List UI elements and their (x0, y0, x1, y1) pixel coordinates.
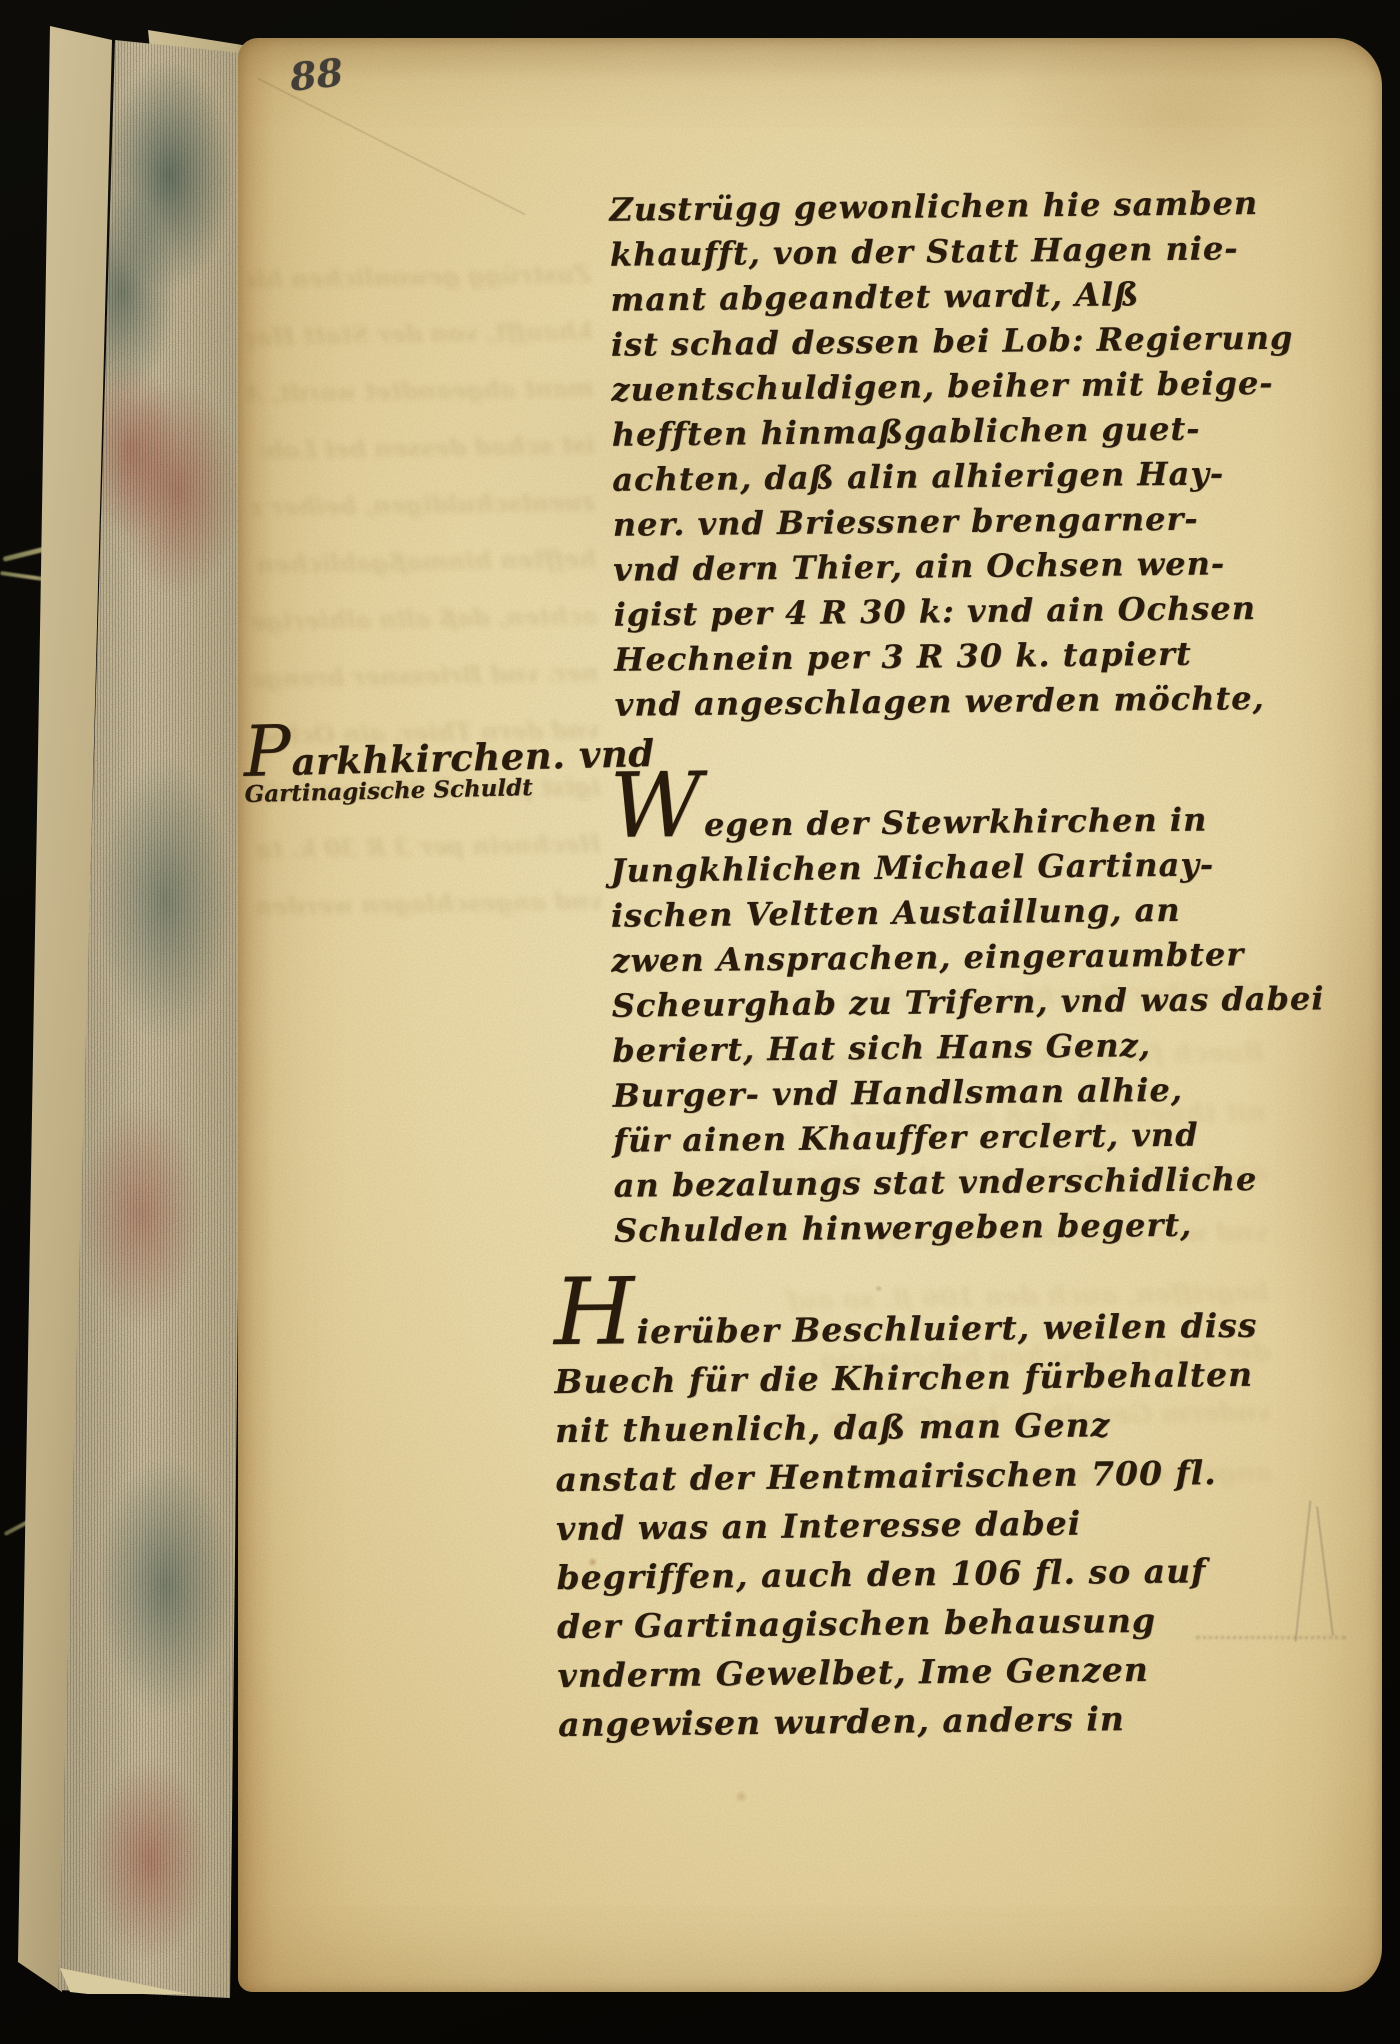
manuscript-text-line: ist schad dessen bei Lob: Regierung (249, 416, 595, 479)
paragraph-entry-3: Hierüber Beschluiert, weilen dissBuech f… (554, 1300, 1339, 1749)
manuscript-text-line: khaufft, von der Statt Hagen nie- (247, 302, 593, 365)
manuscript-text-line: achten, daß alin alhierigen Hay- (612, 450, 1332, 503)
manuscript-text-line: achten, daß alin alhierigen Hay- (252, 587, 598, 650)
manuscript-text-line: begriffen, auch den 106 fl. so auf (556, 1545, 1336, 1602)
manuscript-text-line: Scheurghab zu Trifern, vnd was dabei (612, 976, 1332, 1029)
paragraph-entry-1: Zustrügg gewonlichen hie sambenkhaufft, … (609, 180, 1335, 728)
manuscript-text-line: der Gartinagischen behausung (557, 1594, 1337, 1651)
manuscript-text-line: zuentschuldigen, beiher mit beige- (250, 473, 596, 536)
manuscript-text-line: zuentschuldigen, beiher mit beige- (611, 360, 1331, 413)
manuscript-text-line: Jungkhlichen Michael Gartinay- (610, 841, 1330, 894)
manuscript-text-line: vnd dern Thier, ain Ochsen wen- (613, 540, 1333, 593)
paragraph-entry-2: Wegen der Stewrkhirchen inJungkhlichen M… (610, 796, 1335, 1254)
manuscript-text-line: Hechnein per 3 R 30 k. tapiert (614, 630, 1334, 683)
manuscript-text-line: mant abgeandtet wardt, Alß (610, 270, 1330, 323)
folio-number: 88 (288, 49, 345, 99)
manuscript-text-line: anstat der Hentmairischen 700 fl. (555, 1447, 1335, 1504)
manuscript-text-line: angewisen wurden, anders in (558, 1692, 1338, 1749)
manuscript-text-line: Zustrügg gewonlichen hie samben (609, 180, 1329, 233)
manuscript-text-line: hefften hinmaßgablichen guet- (612, 405, 1332, 458)
manuscript-text-line: zwen Ansprachen, eingeraumbter (611, 931, 1331, 984)
manuscript-text-line: Burger- vnd Handlsman alhie, (612, 1066, 1332, 1119)
margin-note: Parkhkirchen. vnd Gartinagische Schuldt (243, 731, 655, 808)
manuscript-text-line: nit thuenlich, daß man Genz (555, 1398, 1335, 1455)
manuscript-text-line: mant abgeandtet wardt, Alß (248, 359, 594, 422)
manuscript-text-line: vnd angeschlagen werden möchte, (614, 675, 1334, 728)
manuscript-text-line: igist per 4 R 30 k: vnd ain Ochsen (613, 585, 1333, 638)
manuscript-text-line: vnd was an Interesse dabei (556, 1496, 1336, 1553)
manuscript-text-line: Wegen der Stewrkhirchen in (610, 796, 1330, 849)
manuscript-text-line: ist schad dessen bei Lob: Regierung (611, 315, 1331, 368)
manuscript-text-line: Hechnein per 3 R 30 k. tapiert (256, 815, 602, 878)
manuscript-text-line: Hierüber Beschluiert, weilen diss (554, 1300, 1334, 1357)
manuscript-text-line: hefften hinmaßgablichen guet- (251, 530, 597, 593)
manuscript-photo: Zustrügg gewonlichen hie sambenkhaufft, … (0, 0, 1400, 2044)
manuscript-page: Zustrügg gewonlichen hie sambenkhaufft, … (238, 38, 1382, 1992)
manuscript-text-line: vnderm Gewelbet, Ime Genzen (557, 1643, 1337, 1700)
manuscript-text-line: Zustrügg gewonlichen hie samben (246, 245, 592, 308)
manuscript-text-line: ner. vnd Briessner brengarner- (612, 495, 1332, 548)
pencil-mark (1196, 1626, 1346, 1639)
manuscript-text-line: khaufft, von der Statt Hagen nie- (610, 225, 1330, 278)
manuscript-text-line: Schulden hinwergeben begert, (614, 1201, 1334, 1254)
manuscript-text-line: an bezalungs stat vnderschidliche (613, 1156, 1333, 1209)
manuscript-text-line: ner. vnd Briessner brengarner- (253, 644, 599, 707)
manuscript-text-line: vnd angeschlagen werden möchte, (257, 872, 603, 935)
manuscript-text-line: ischen Veltten Austaillung, an (611, 886, 1331, 939)
bleedthrough-ghost-text: Zustrügg gewonlichen hie sambenkhaufft, … (246, 245, 603, 935)
manuscript-text-line: für ainen Khauffer erclert, vnd (613, 1111, 1333, 1164)
manuscript-text-line: beriert, Hat sich Hans Genz, (612, 1021, 1332, 1074)
manuscript-text-line: Buech für die Khirchen fürbehalten (554, 1349, 1334, 1406)
